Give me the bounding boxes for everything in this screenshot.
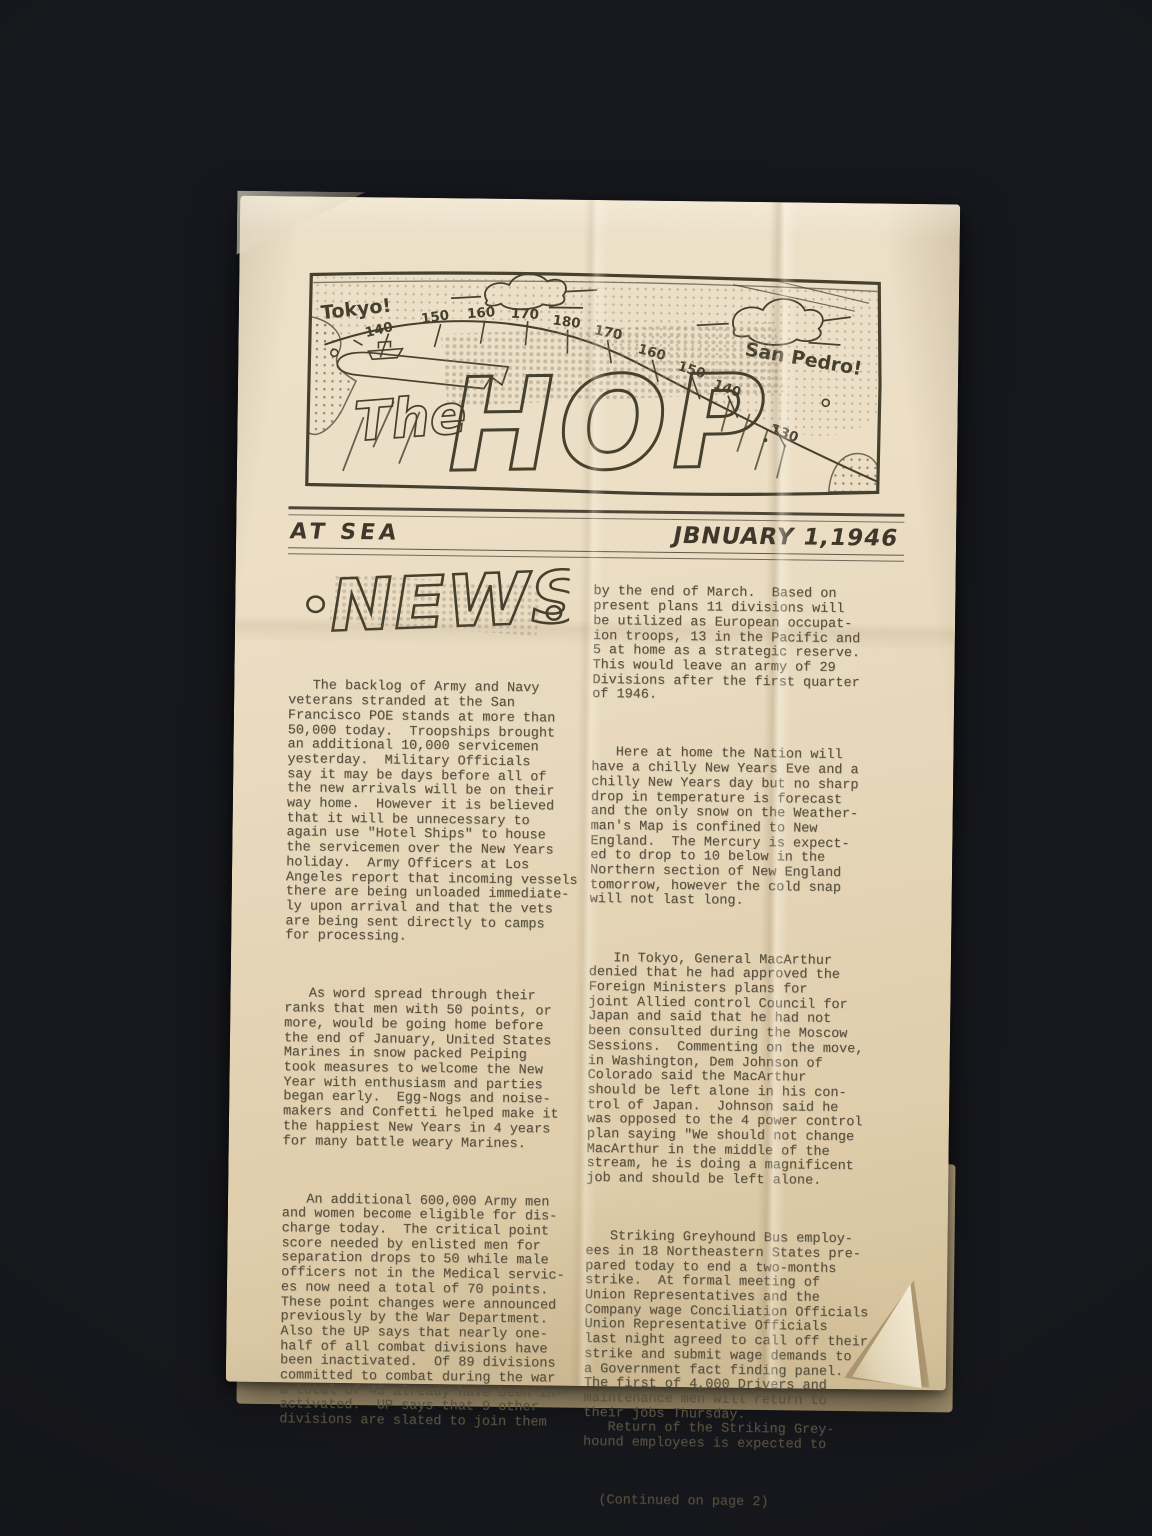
longitude-label: 160 — [466, 304, 495, 322]
masthead-drawing: Tokyo! San Pedro! 140 150 160 170 180 17… — [297, 258, 892, 507]
newsletter-page: Tokyo! San Pedro! 140 150 160 170 180 17… — [226, 196, 960, 1391]
left-column: The backlog of Army and Navy veterans st… — [279, 650, 623, 1461]
article-paragraph: Here at home the Nation will have a chil… — [590, 746, 932, 912]
masthead-title-main: HOP — [447, 348, 771, 501]
dateline-location: AT SEA — [288, 519, 402, 545]
headline-left-dot — [307, 596, 323, 612]
article-paragraph: An additional 600,000 Army men and women… — [279, 1193, 616, 1432]
longitude-label: 150 — [420, 307, 450, 327]
top-left-corner-fold — [237, 191, 366, 257]
article-paragraph: As word spread through their ranks that … — [283, 988, 619, 1154]
article-paragraph: by the end of March. Based on present pl… — [592, 585, 933, 707]
news-headline: NEWS — [299, 548, 570, 647]
california-landmass — [829, 453, 878, 492]
article-paragraph: In Tokyo, General MacArthur denied that … — [586, 952, 929, 1191]
right-column: by the end of March. Based on present pl… — [582, 556, 934, 1536]
ship-icon — [353, 340, 402, 360]
photo-background: Tokyo! San Pedro! 140 150 160 170 180 17… — [0, 0, 1152, 1536]
longitude-label: 170 — [510, 306, 539, 323]
news-headline-drawing: NEWS — [299, 548, 570, 647]
dateline-date: JBNUARY 1,1946 — [671, 523, 901, 552]
continued-notice: (Continued on page 2) — [582, 1494, 922, 1513]
article-paragraph: The backlog of Army and Navy veterans st… — [285, 680, 622, 949]
masthead-illustration: Tokyo! San Pedro! 140 150 160 170 180 17… — [297, 258, 892, 507]
headline-text: NEWS — [328, 556, 570, 648]
